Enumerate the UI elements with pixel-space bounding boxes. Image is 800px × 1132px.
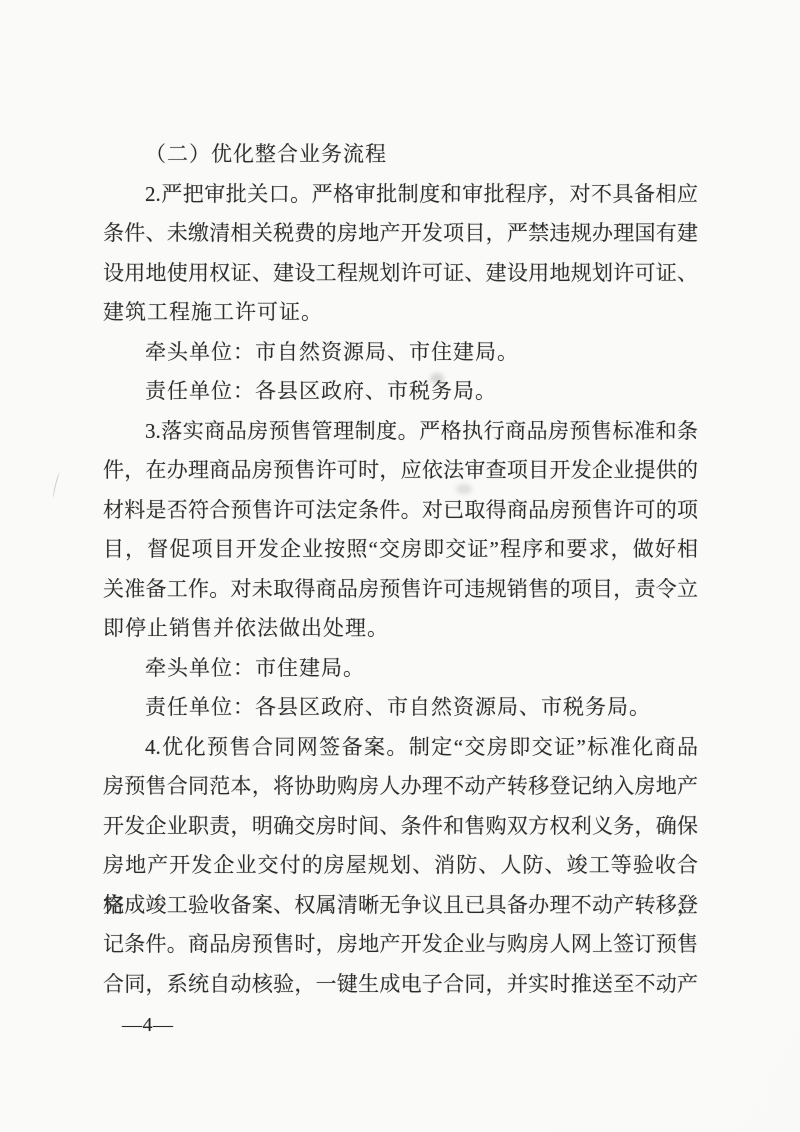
page-number: —4— (122, 1012, 174, 1038)
text-line: 3.落实商品房预售管理制度。严格执行商品房预售标准和条 (103, 412, 698, 452)
text-line: 关准备工作。对未取得商品房预售许可违规销售的项目，责令立 (103, 570, 698, 610)
text-line: 条件、未缴清相关税费的房地产开发项目，严禁违规办理国有建 (103, 214, 698, 254)
text-line: 设用地使用权证、建设工程规划许可证、建设用地规划许可证、 (103, 254, 698, 294)
document-page: （二）优化整合业务流程 2.严把审批关口。严格审批制度和审批程序，对不具备相应 … (0, 0, 800, 1132)
text-line: 4.优化预售合同网签备案。制定“交房即交证”标准化商品 (103, 728, 698, 768)
text-line: 目，督促项目开发企业按照“交房即交证”程序和要求，做好相 (103, 530, 698, 570)
scan-artifact (430, 373, 444, 384)
text-line: 记条件。商品房预售时，房地产开发企业与购房人网上签订预售 (103, 925, 698, 965)
text-line: 件，在办理商品房预售许可时，应依法审查项目开发企业提供的 (103, 451, 698, 491)
document-body: （二）优化整合业务流程 2.严把审批关口。严格审批制度和审批程序，对不具备相应 … (103, 135, 698, 1004)
text-line: 房地产开发企业交付的房屋规划、消防、人防、竣工等验收合格， (103, 846, 698, 886)
scan-artifact (52, 472, 62, 498)
lead-unit-line: 牵头单位：市自然资源局、市住建局。 (103, 333, 698, 373)
text-line: 开发企业职责，明确交房时间、条件和售购双方权利义务，确保 (103, 807, 698, 847)
text-line: 建筑工程施工许可证。 (103, 293, 698, 333)
text-line: 房预售合同范本，将协助购房人办理不动产转移登记纳入房地产 (103, 767, 698, 807)
responsible-unit-line: 责任单位：各县区政府、市税务局。 (103, 372, 698, 412)
lead-unit-line: 牵头单位：市住建局。 (103, 649, 698, 689)
text-line: 合同，系统自动核验，一键生成电子合同，并实时推送至不动产 (103, 965, 698, 1005)
scan-artifact (456, 484, 472, 494)
text-line: 2.严把审批关口。严格审批制度和审批程序，对不具备相应 (103, 175, 698, 215)
section-heading: （二）优化整合业务流程 (103, 135, 698, 175)
text-line: 完成竣工验收备案、权属清晰无争议且已具备办理不动产转移登 (103, 886, 698, 926)
text-line: 即停止销售并依法做出处理。 (103, 609, 698, 649)
responsible-unit-line: 责任单位：各县区政府、市自然资源局、市税务局。 (103, 688, 698, 728)
text-line: 材料是否符合预售许可法定条件。对已取得商品房预售许可的项 (103, 491, 698, 531)
